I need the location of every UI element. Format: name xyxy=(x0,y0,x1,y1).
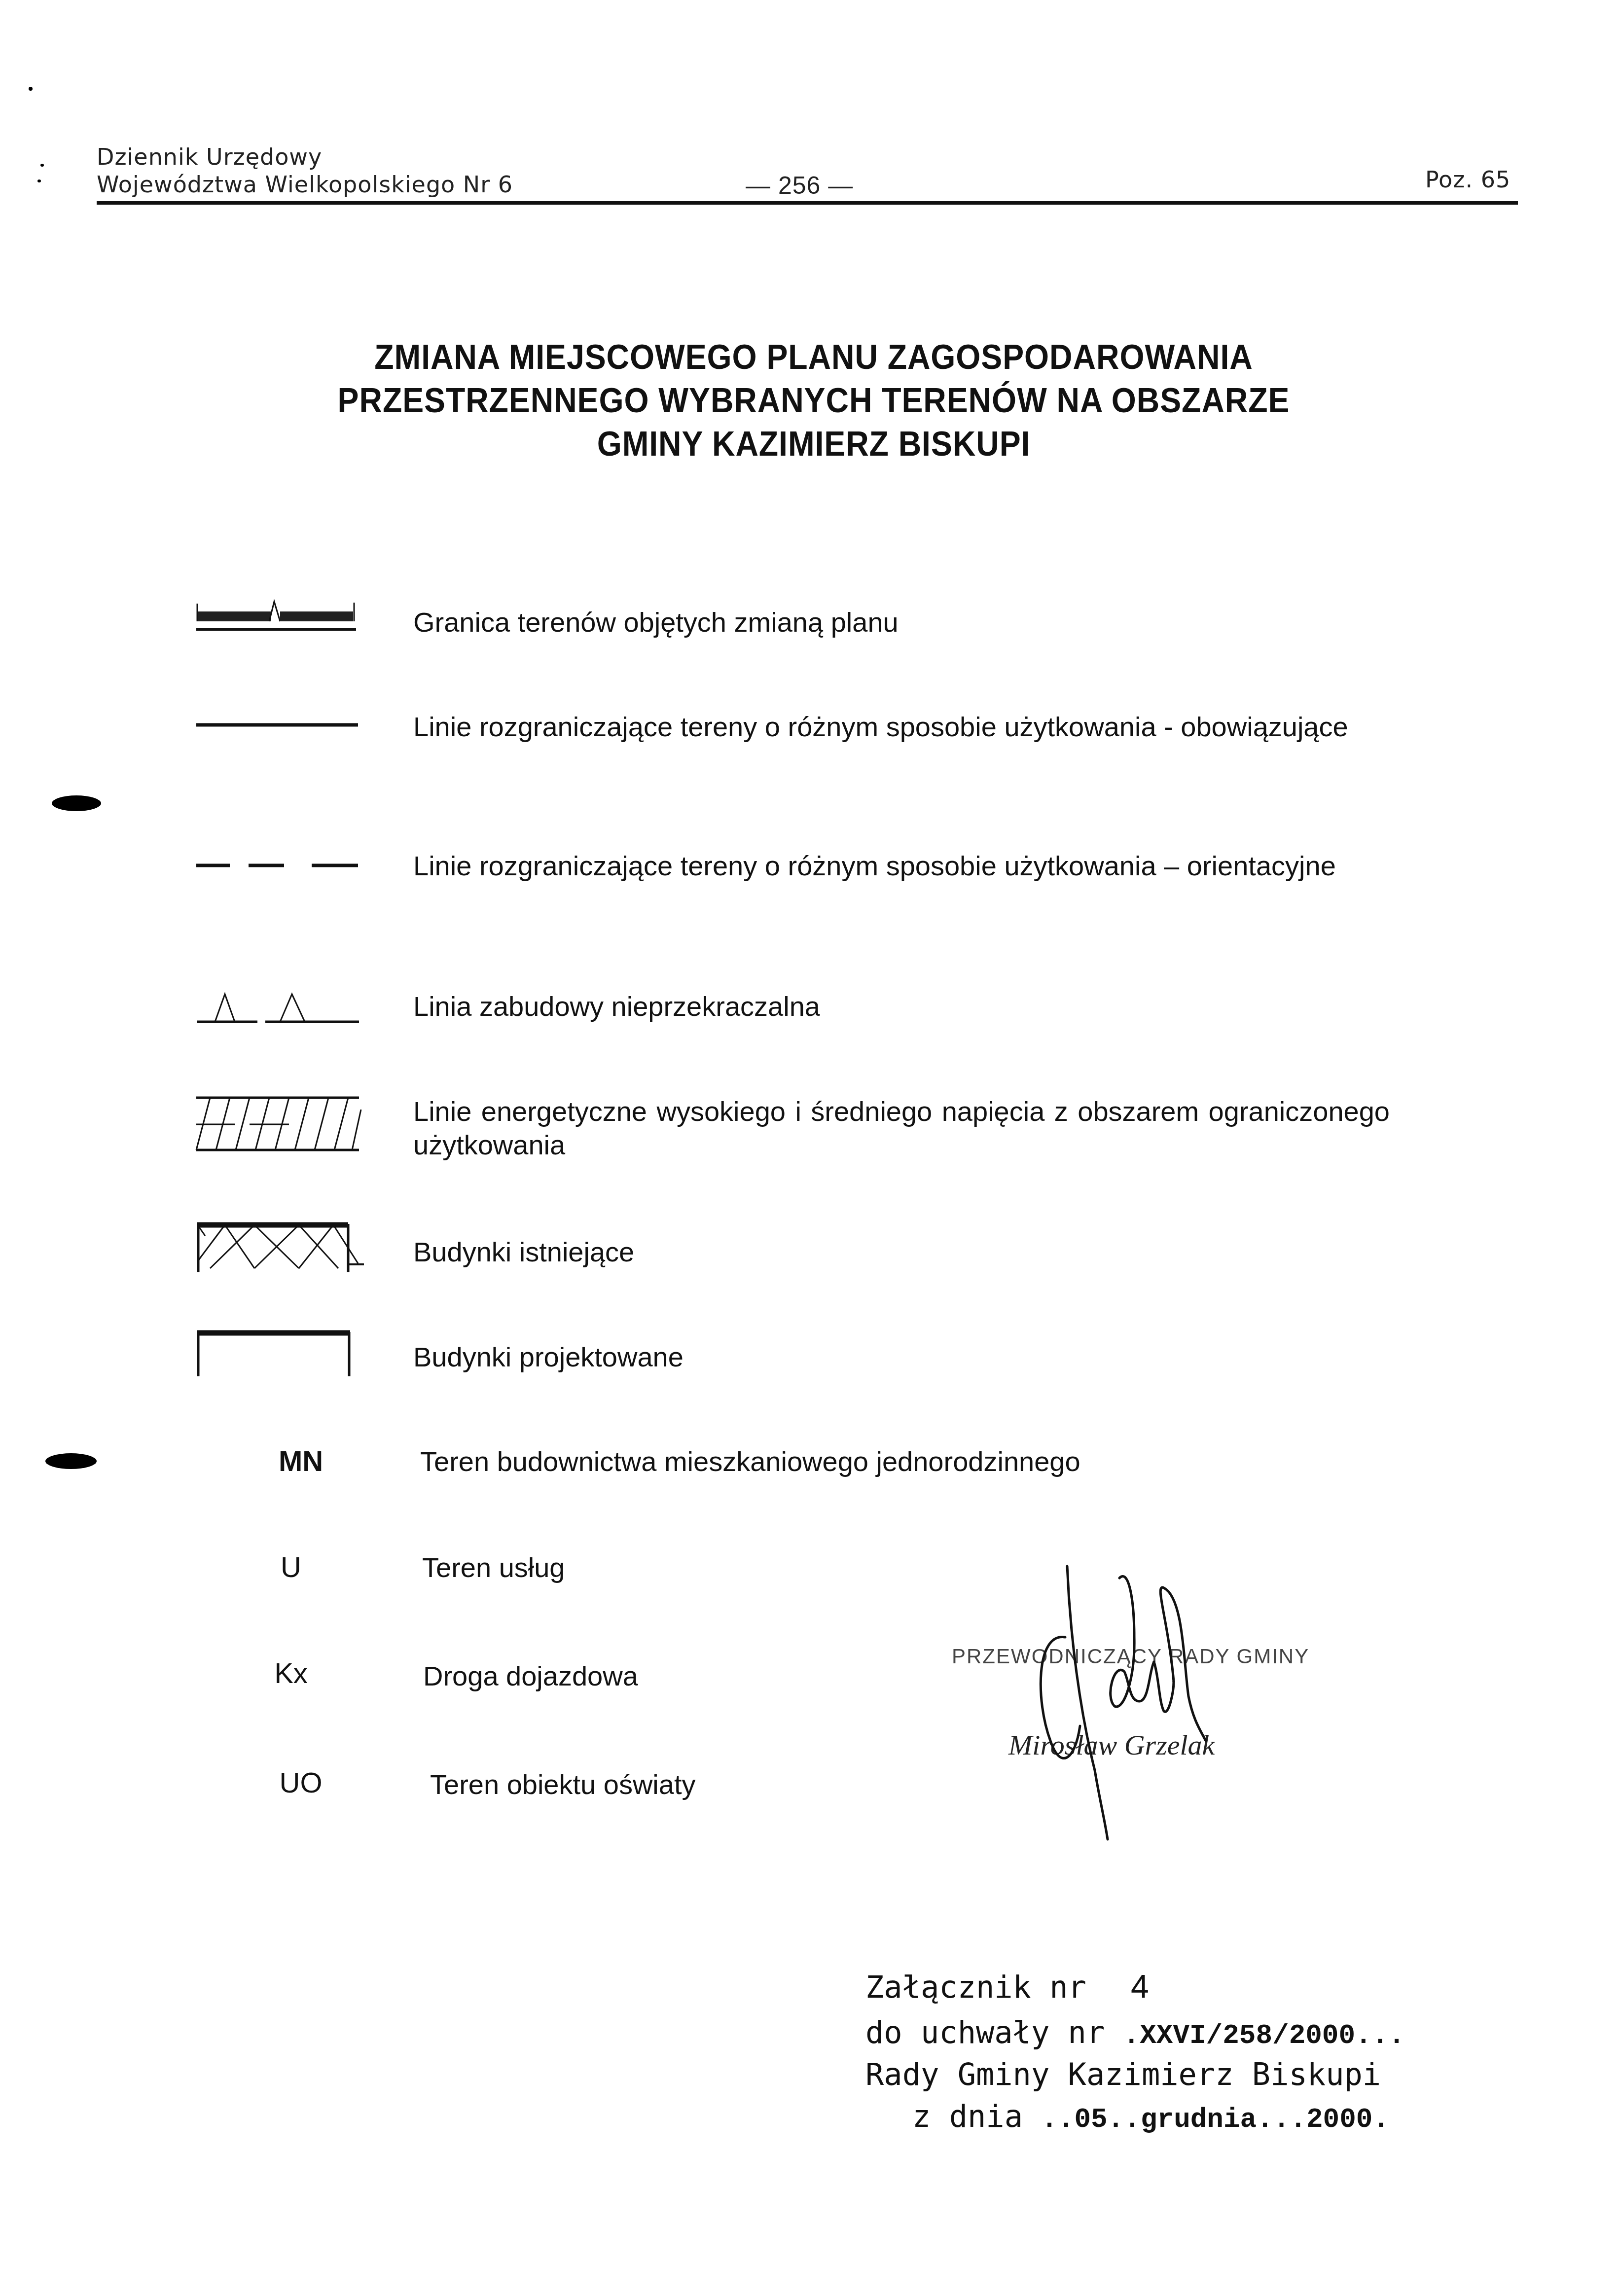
zone-code-kx: Kx xyxy=(247,1657,335,1690)
title-line-3: GMINY KAZIMIERZ BISKUPI xyxy=(247,422,1381,466)
zone-text-mn: Teren budownictwa mieszkaniowego jednoro… xyxy=(420,1445,1397,1478)
scan-speck xyxy=(29,87,33,91)
legend-text-indicative-lines: Linie rozgraniczające tereny o różnym sp… xyxy=(413,849,1390,883)
legend-text-power-lines: Linie energetyczne wysokiego i średniego… xyxy=(413,1095,1390,1162)
annex-number: 4 xyxy=(1131,1968,1149,2005)
zone-code-u: U xyxy=(247,1551,335,1584)
resolution-number: .XXVI/258/2000... xyxy=(1123,2020,1405,2051)
annex-council: Rady Gminy Kazimierz Biskupi xyxy=(865,2056,1381,2092)
legend-text-existing-buildings: Budynki istniejące xyxy=(413,1235,1390,1269)
scan-speck xyxy=(40,164,44,167)
header-rule xyxy=(97,201,1518,205)
position-number: Poz. 65 xyxy=(1425,167,1511,193)
plan-boundary-line-symbol-icon xyxy=(195,597,363,636)
title-line-2: PRZESTRZENNEGO WYBRANYCH TERENÓW NA OBSZ… xyxy=(247,379,1381,422)
date-prefix: z dnia xyxy=(912,2098,1023,2134)
handwritten-signature-icon xyxy=(1006,1563,1282,1844)
punch-hole-mark xyxy=(45,1453,97,1469)
annex-date-line: z dnia ..05..grudnia...2000. xyxy=(912,2098,1389,2135)
annex-label: Załącznik nr xyxy=(865,1969,1086,2005)
journal-name-line1: Dziennik Urzędowy xyxy=(97,144,322,170)
solid-line-symbol-icon xyxy=(195,720,363,730)
legend-text-building-line: Linia zabudowy nieprzekraczalna xyxy=(413,990,1390,1023)
open-building-symbol-icon xyxy=(195,1329,363,1378)
triangle-line-symbol-icon xyxy=(195,991,363,1026)
page-number: — 256 — xyxy=(746,172,853,200)
zone-code-mn: MN xyxy=(256,1445,345,1478)
annex-resolution-line: do uchwały nr .XXVI/258/2000... xyxy=(865,2014,1405,2051)
scan-speck xyxy=(37,179,41,182)
hatched-band-symbol-icon xyxy=(195,1095,363,1154)
annex-label-line: Załącznik nr4 xyxy=(865,1968,1149,2005)
document-title: ZMIANA MIEJSCOWEGO PLANU ZAGOSPODAROWANI… xyxy=(247,335,1381,466)
cross-hatched-building-symbol-icon xyxy=(195,1221,363,1275)
punch-hole-mark xyxy=(52,795,101,811)
resolution-prefix: do uchwały nr xyxy=(865,2014,1105,2050)
legend-text-binding-lines: Linie rozgraniczające tereny o różnym sp… xyxy=(413,710,1390,744)
journal-name-line2: Województwa Wielkopolskiego Nr 6 xyxy=(97,172,513,198)
date-value: ..05..grudnia...2000. xyxy=(1041,2104,1389,2135)
title-line-1: ZMIANA MIEJSCOWEGO PLANU ZAGOSPODAROWANI… xyxy=(247,335,1381,379)
legend-text-plan-boundary: Granica terenów objętych zmianą planu xyxy=(413,606,1390,639)
dashed-line-symbol-icon xyxy=(195,861,363,870)
zone-code-uo: UO xyxy=(256,1766,345,1799)
legend-text-designed-buildings: Budynki projektowane xyxy=(413,1340,1390,1374)
